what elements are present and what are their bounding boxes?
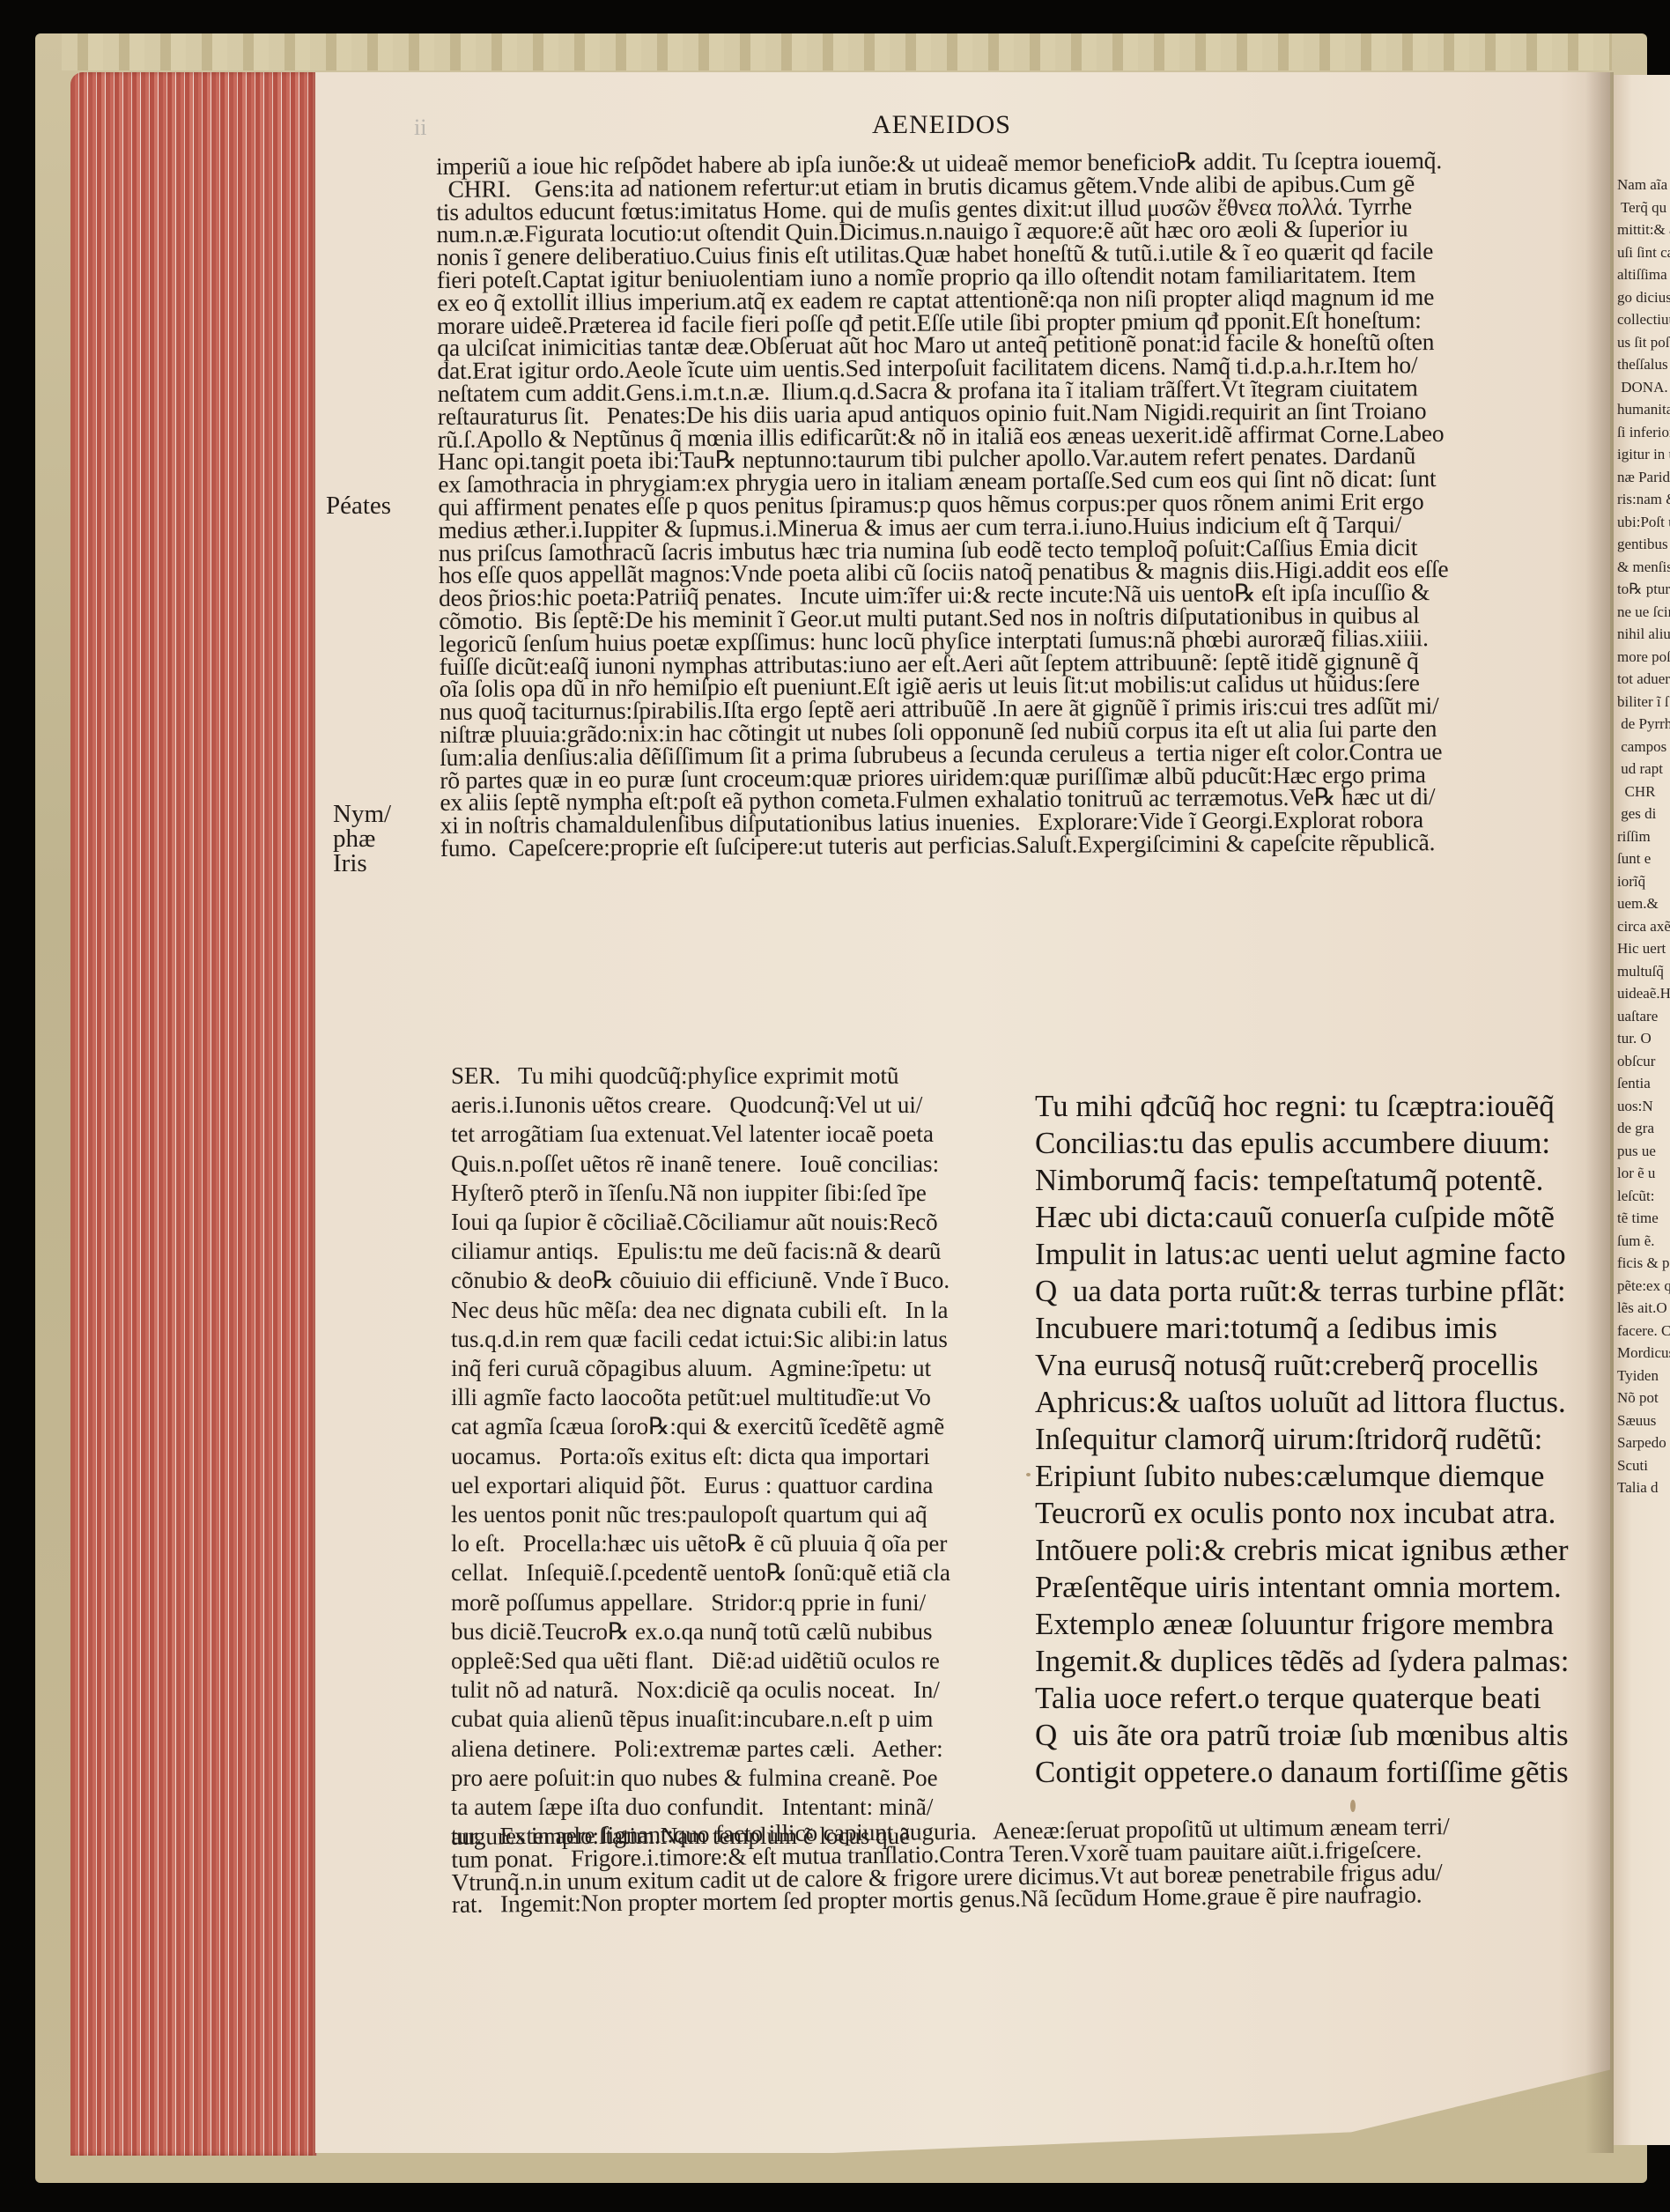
facing-page-line: ne ue ſcirẽ (1614, 601, 1670, 624)
gloss-line: aeris.i.Iunonis uẽtos creare. Quodcunq̃:… (451, 1091, 1032, 1120)
binding-headcap (62, 33, 1612, 70)
gloss-line: ciliamur antiqs. Epulis:tu me deũ facis:… (451, 1237, 1032, 1266)
facing-page-line: Sæuus (1614, 1409, 1670, 1432)
gloss-line: tet arrogãtiam ſua extenuat.Vel latenter… (451, 1120, 1032, 1149)
facing-page-line: obſcur (1614, 1050, 1670, 1073)
margin-note-penates: Péates (326, 493, 391, 518)
verse-line: Contigit oppetere.o danaum fortiſſime gẽ… (1035, 1754, 1616, 1791)
facing-page-line: tur. O (1614, 1027, 1670, 1050)
facing-page-line: & menſis n (1614, 556, 1670, 579)
facing-page-line: campos (1614, 736, 1670, 758)
gloss-line: cellat. Inſequiẽ.ſ.pcedentẽ uento℞ ſonũ:… (451, 1558, 1032, 1587)
facing-page-line: Sarpedo (1614, 1432, 1670, 1454)
verse-line: Teucrorũ ex oculis ponto nox incubat atr… (1035, 1495, 1616, 1532)
gloss-line: Hyſterõ pterõ in ĩſenſu.Nã non iuppiter … (451, 1179, 1032, 1208)
gloss-line: SER. Tu mihi quodcũq̃:phyſice exprimit m… (451, 1062, 1032, 1091)
facing-page-line: uideaẽ.H (1614, 982, 1670, 1005)
verse-line: Impulit in latus:ac uenti uelut agmine f… (1035, 1236, 1616, 1273)
facing-page-line: Nam aĩa ig (1614, 174, 1670, 196)
gloss-line: lo eſt. Procella:hæc uis uẽto℞ ẽ cũ pluu… (451, 1529, 1032, 1558)
facing-page-line: ſunt e (1614, 847, 1670, 870)
gloss-line: cat agmĩa ſcæua ſoro℞:qui & exercitũ ĩce… (451, 1412, 1032, 1441)
facing-page-line: ſi inferior p (1614, 421, 1670, 444)
facing-page-line: lor ẽ u (1614, 1162, 1670, 1185)
verse-line: Incubuere mari:totumq̃ a ſedibus imis (1035, 1310, 1616, 1347)
verse-line: Intõuere poli:& crebris micat ignibus æt… (1035, 1532, 1616, 1569)
facing-page-line: Tyiden (1614, 1365, 1670, 1387)
gloss-line: inq̃ feri curuã cõpagibus aluum. Agmine:… (451, 1354, 1032, 1383)
gloss-line: morẽ poſſumus appellare. Stridor:q pprie… (451, 1588, 1032, 1617)
servius-gloss-column: SER. Tu mihi quodcũq̃:phyſice exprimit m… (451, 1062, 1032, 1851)
gloss-line: uel exportari aliquid p̃õt. Eurus : quat… (451, 1471, 1032, 1500)
facing-page-line: ges di (1614, 803, 1670, 825)
facing-page-line: theſſalus fu (1614, 353, 1670, 376)
facing-page-line: us ſit poſt A (1614, 331, 1670, 354)
show-through-folio: ii (414, 115, 426, 141)
facing-page-line: Nõ pot (1614, 1387, 1670, 1409)
gloss-line: Ioui qa ſupior ẽ cõciliaẽ.Cõciliamur aũt… (451, 1208, 1032, 1237)
gloss-line: illi agmĩe facto laocoõta petũt:uel mult… (451, 1383, 1032, 1412)
gloss-line: bus diciẽ.Teucro℞ ex.o.qa nunq̃ totũ cæl… (451, 1617, 1032, 1646)
facing-page-line: ubi:Poſt u (1614, 511, 1670, 534)
gloss-line: tulit nõ ad naturã. Nox:diciẽ qa oculis … (451, 1676, 1032, 1705)
facing-page-line: multuſq̃ (1614, 960, 1670, 983)
facing-recto-page-fragment: Nam aĩa ig Terq̃ qumittit:& auſi ſint ca… (1614, 75, 1670, 2145)
facing-page-line: go dicius o (1614, 286, 1670, 309)
facing-page-line: facere. C (1614, 1320, 1670, 1343)
facing-page-line: nihil aliud (1614, 623, 1670, 646)
foxing-spot (1026, 1473, 1031, 1476)
facing-page-line: uos:N (1614, 1095, 1670, 1118)
verse-line: Extemplo æneæ ſoluuntur frigore membra (1035, 1606, 1616, 1643)
verse-line: Q ua data porta ruũt:& terras turbine pf… (1035, 1273, 1616, 1310)
verse-line: Eripiunt ſubito nubes:cælumque diemque (1035, 1458, 1616, 1495)
facing-page-line: biliter ĩ ſ (1614, 691, 1670, 714)
gloss-line: les uentos ponit nũc tres:paulopoſt quar… (451, 1500, 1032, 1529)
margin-note-iris: Iris (333, 851, 367, 876)
margin-note-nymphae-2: phæ (333, 826, 375, 851)
foxing-spot (1350, 1800, 1356, 1812)
facing-page-line: DONA. (1614, 376, 1670, 399)
gloss-line: cõnubio & deo℞ cõuiuio dii efficiunẽ. Vn… (451, 1266, 1032, 1295)
facing-page-line: næ Paridis (1614, 466, 1670, 489)
verse-line: Concilias:tu das epulis accumbere diuum: (1035, 1125, 1616, 1162)
verse-line: Hæc ubi dicta:cauũ conuerſa cuſpide mõtẽ (1035, 1199, 1616, 1236)
facing-page-line: mittit:& a (1614, 218, 1670, 241)
facing-page-line: Scuti (1614, 1454, 1670, 1477)
verse-line: Q uis ãte ora patrũ troiæ ſub mœnibus al… (1035, 1717, 1616, 1754)
facing-page-line: uaſtare (1614, 1005, 1670, 1028)
facing-page-line: to℞ pturb (1614, 578, 1670, 601)
commentary-continuation: augures in aere ſignant:quo facto illico… (451, 1813, 1615, 1916)
facing-page-line: more poſu (1614, 646, 1670, 669)
facing-page-line: uem.& (1614, 892, 1670, 915)
gloss-line: oppleẽ:Sed qua uẽti flant. Diẽ:ad uidẽti… (451, 1646, 1032, 1676)
red-page-edges (70, 72, 317, 2156)
facing-page-line: Terq̃ qu (1614, 196, 1670, 219)
facing-page-line: altiſſima fu (1614, 263, 1670, 286)
verse-line: Vna eurusq̃ notusq̃ ruũt:creberq̃ procel… (1035, 1347, 1616, 1384)
gloss-line: cubat quia alienũ tẽpus inuaſit:incubare… (451, 1705, 1032, 1734)
commentary-block: imperiũ a ioue hic reſpõdet habere ab ip… (436, 148, 1621, 860)
facing-page-line: ud rapt (1614, 758, 1670, 780)
facing-page-line: Mordicus (1614, 1342, 1670, 1365)
facing-page-line: collectiuũ (1614, 308, 1670, 331)
facing-page-line: ficis & p (1614, 1252, 1670, 1275)
facing-page-line: pus ue (1614, 1140, 1670, 1163)
gloss-line: aliena detinere. Poli:extremæ partes cæl… (451, 1735, 1032, 1764)
verse-line: Tu mihi qđcũq̃ hoc regni: tu ſcæptra:iou… (1035, 1088, 1616, 1125)
facing-page-line: riſſim (1614, 825, 1670, 848)
running-head: AENEIDOS (872, 110, 1011, 140)
facing-page-line: tẽ time (1614, 1207, 1670, 1230)
facing-page-line: ſum ẽ. (1614, 1230, 1670, 1253)
gloss-line: pro aere poſuit:in quo nubes & fulmina c… (451, 1764, 1032, 1793)
aeneid-verse-column: Tu mihi qđcũq̃ hoc regni: tu ſcæptra:iou… (1035, 1088, 1616, 1791)
facing-page-line: gentibus in (1614, 533, 1670, 556)
facing-page-line: igitur in ut (1614, 443, 1670, 466)
gloss-line: tus.q.d.in rem quæ facili cedat ictui:Si… (451, 1325, 1032, 1354)
facing-page-line: humanitati (1614, 398, 1670, 421)
facing-page-line: ris:nam & (1614, 488, 1670, 511)
facing-page-line: Hic uert (1614, 937, 1670, 960)
verse-line: Talia uoce refert.o terque quaterque bea… (1035, 1680, 1616, 1717)
gloss-line: Nec deus hũc mẽſa: dea nec dignata cubil… (451, 1296, 1032, 1325)
facing-page-line: CHR (1614, 780, 1670, 803)
gloss-line: Quis.n.poſſet uẽtos rẽ inanẽ tenere. Iou… (451, 1150, 1032, 1179)
facing-page-line: de Pyrrh (1614, 713, 1670, 736)
facing-page-line: uſi ſint caſi (1614, 241, 1670, 264)
facing-page-line: pẽte:ex q (1614, 1275, 1670, 1298)
facing-page-line: leſcũt: (1614, 1185, 1670, 1208)
facing-page-line: de gra (1614, 1117, 1670, 1140)
verse-line: Præſentẽque uiris intentant omnia mortem… (1035, 1569, 1616, 1606)
verse-line: Nimborumq̃ facis: tempeſtatumq̃ potentẽ. (1035, 1162, 1616, 1199)
facing-page-line: ſentia (1614, 1072, 1670, 1095)
facing-page-line: tot aduerſ (1614, 668, 1670, 691)
facing-page-line: lẽs ait.O (1614, 1297, 1670, 1320)
verse-line: Inſequitur clamorq̃ uirum:ſtridorq̃ rudẽ… (1035, 1421, 1616, 1458)
verse-line: Ingemit.& duplices tẽdẽs ad ſydera palma… (1035, 1643, 1616, 1680)
facing-page-line: Talia d (1614, 1476, 1670, 1499)
facing-page-line: iorĩq̃ (1614, 870, 1670, 893)
verse-line: Aphricus:& uaſtos uoluũt ad littora fluc… (1035, 1384, 1616, 1421)
margin-note-nymphae-1: Nym/ (333, 802, 391, 826)
gloss-line: uocamus. Porta:oĩs exitus eſt: dicta qua… (451, 1442, 1032, 1471)
facing-page-line: circa axẽ (1614, 915, 1670, 938)
